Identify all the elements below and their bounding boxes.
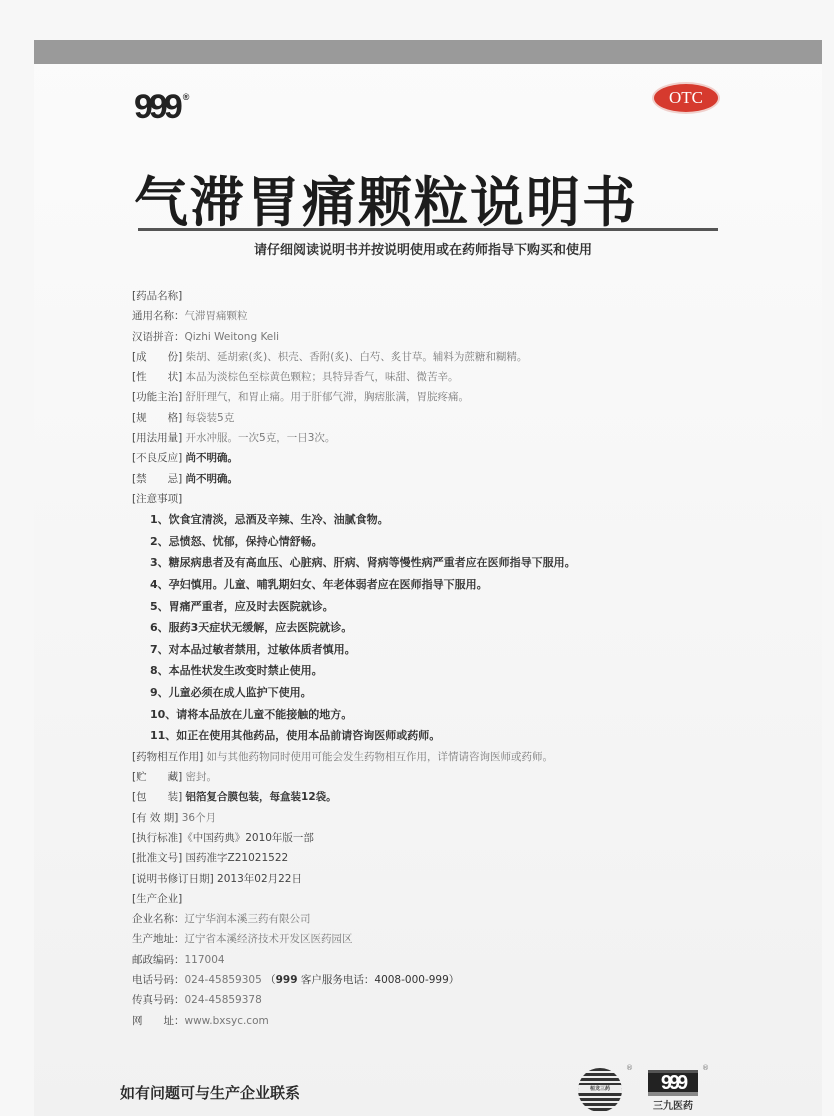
postcode-row: 邮政编码：117004 — [132, 950, 812, 970]
logo-999-subtitle: 三九医药 — [648, 1097, 698, 1112]
field-label: 生产地址： — [132, 933, 185, 945]
registered-mark: ® — [702, 1064, 709, 1072]
field-value: 辽宁华润本溪三药有限公司 — [185, 913, 311, 925]
field-value: 气滞胃痛颗粒 — [185, 310, 248, 322]
field-value: Qizhi Weitong Keli — [185, 331, 280, 343]
fax-row: 传真号码：024-45859378 — [132, 990, 812, 1010]
field-value: 2013年02月22日 — [217, 873, 302, 885]
field-value: 117004 — [185, 954, 225, 966]
precautions-header: [注意事项] — [132, 489, 812, 509]
section-label: [禁 忌] — [132, 473, 182, 485]
validity-row: [有 效 期] 36个月 — [132, 808, 812, 828]
list-item: 7、对本品过敏者禁用，过敏体质者慎用。 — [150, 639, 812, 661]
list-item: 9、儿童必须在成人监护下使用。 — [150, 682, 812, 704]
list-item: 1、饮食宜清淡，忌酒及辛辣、生冷、油腻食物。 — [150, 509, 812, 531]
field-value: 密封。 — [186, 771, 218, 783]
section-label: [贮 藏] — [132, 771, 182, 783]
standard-row: [执行标准]《中国药典》2010年版一部 — [132, 828, 812, 848]
website-link[interactable]: www.bxsyc.com — [185, 1015, 269, 1027]
list-item: 8、本品性状发生改变时禁止使用。 — [150, 660, 812, 682]
list-item: 5、胃痛严重者，应及时去医院就诊。 — [150, 596, 812, 618]
field-value: 024-45859305 — [185, 974, 262, 986]
field-value: 尚不明确。 — [186, 452, 239, 464]
section-label: [有 效 期] — [132, 812, 178, 824]
title-divider — [138, 228, 718, 231]
field-value: 如与其他药物同时使用可能会发生药物相互作用，详情请咨询医师或药师。 — [207, 751, 554, 763]
revision-row: [说明书修订日期] 2013年02月22日 — [132, 869, 812, 889]
leaflet-body: [药品名称] 通用名称：气滞胃痛颗粒 汉语拼音：Qizhi Weitong Ke… — [132, 286, 812, 1031]
website-row: 网 址：www.bxsyc.com — [132, 1011, 812, 1031]
section-label: [性 状] — [132, 371, 182, 383]
manufacturer-header: [生产企业] — [132, 889, 812, 909]
section-label: [规 格] — [132, 412, 182, 424]
field-value: 国药准字Z21021522 — [186, 852, 289, 864]
top-gray-band — [34, 40, 822, 64]
packaging-row: [包 装] 铝箔复合膜包装，每盒装12袋。 — [132, 787, 812, 807]
precautions-list: 1、饮食宜清淡，忌酒及辛辣、生冷、油腻食物。 2、忌愤怒、忧郁，保持心情舒畅。 … — [132, 509, 812, 747]
field-label: 客户服务电话： — [301, 974, 375, 986]
section-label: [执行标准] — [132, 832, 182, 844]
interactions-row: [药物相互作用] 如与其他药物同时使用可能会发生药物相互作用，详情请咨询医师或药… — [132, 747, 812, 767]
section-label: [成 份] — [132, 351, 182, 363]
otc-badge: OTC — [652, 82, 720, 114]
field-value: 开水冲服。一次5克，一日3次。 — [186, 432, 336, 444]
logo-999-icon: 999 — [648, 1070, 698, 1096]
pinyin-row: 汉语拼音：Qizhi Weitong Keli — [132, 327, 812, 347]
list-item: 3、糖尿病患者及有高血压、心脏病、肝病、肾病等慢性病严重者应在医师指导下服用。 — [150, 552, 812, 574]
field-label: 邮政编码： — [132, 954, 185, 966]
contraindications-row: [禁 忌] 尚不明确。 — [132, 469, 812, 489]
spec-row: [规 格] 每袋装5克 — [132, 408, 812, 428]
section-label: [药品名称] — [132, 290, 182, 302]
field-value: 024-45859378 — [185, 994, 262, 1006]
field-value: 柴胡、延胡索(炙)、枳壳、香附(炙)、白芍、炙甘草。辅料为蔗糖和糊精。 — [186, 351, 528, 363]
section-label: [注意事项] — [132, 493, 182, 505]
phone-row: 电话号码：024-45859305 （999 客户服务电话：4008-000-9… — [132, 970, 812, 990]
section-label: [不良反应] — [132, 452, 182, 464]
list-item: 6、服药3天症状无缓解，应去医院就诊。 — [150, 617, 812, 639]
section-label: [用法用量] — [132, 432, 182, 444]
contact-note: 如有问题可与生产企业联系 — [120, 1082, 300, 1103]
dosage-row: [用法用量] 开水冲服。一次5克，一日3次。 — [132, 428, 812, 448]
manufacturer-address-row: 生产地址：辽宁省本溪经济技术开发区医药园区 — [132, 929, 812, 949]
brand-text: 999 — [134, 88, 179, 126]
field-value: 本品为淡棕色至棕黄色颗粒；具特异香气，味甜、微苦辛。 — [186, 371, 459, 383]
service-brand: 999 — [276, 974, 298, 986]
list-item: 10、请将本品放在儿童不能接触的地方。 — [150, 704, 812, 726]
ingredients-row: [成 份] 柴胡、延胡索(炙)、枳壳、香附(炙)、白芍、炙甘草。辅料为蔗糖和糊精… — [132, 347, 812, 367]
registered-mark: ® — [626, 1064, 633, 1072]
field-label: 电话号码： — [132, 974, 185, 986]
document-title: 气滞胃痛颗粒说明书 — [134, 160, 734, 237]
company-logo-sun-icon: 桓龙三药 — [578, 1068, 622, 1112]
field-value: 每袋装5克 — [186, 412, 235, 424]
field-value: 《中国药典》2010年版一部 — [182, 832, 314, 844]
section-label: [批准文号] — [132, 852, 182, 864]
field-label: 网 址： — [132, 1015, 185, 1027]
field-label: 传真号码： — [132, 994, 185, 1006]
document-subtitle: 请仔细阅读说明书并按说明使用或在药师指导下购买和使用 — [0, 239, 834, 258]
section-label: [包 装] — [132, 791, 182, 803]
field-value: 舒肝理气，和胃止痛。用于肝郁气滞，胸痞胀满，胃脘疼痛。 — [186, 391, 470, 403]
drug-name-header: [药品名称] — [132, 286, 812, 306]
section-label: [说明书修订日期] — [132, 873, 214, 885]
field-label: 通用名称： — [132, 310, 185, 322]
section-label: [药物相互作用] — [132, 751, 203, 763]
field-label: 企业名称： — [132, 913, 185, 925]
approval-row: [批准文号] 国药准字Z21021522 — [132, 848, 812, 868]
field-value: 辽宁省本溪经济技术开发区医药园区 — [185, 933, 353, 945]
field-label: 汉语拼音： — [132, 331, 185, 343]
list-item: 2、忌愤怒、忧郁，保持心情舒畅。 — [150, 531, 812, 553]
registered-mark: ® — [183, 92, 190, 102]
list-item: 11、如正在使用其他药品，使用本品前请咨询医师或药师。 — [150, 725, 812, 747]
list-item: 4、孕妇慎用。儿童、哺乳期妇女、年老体弱者应在医师指导下服用。 — [150, 574, 812, 596]
field-value: 尚不明确。 — [186, 473, 239, 485]
adverse-row: [不良反应] 尚不明确。 — [132, 448, 812, 468]
section-label: [生产企业] — [132, 893, 182, 905]
brand-logo-999: 999® — [134, 88, 185, 127]
storage-row: [贮 藏] 密封。 — [132, 767, 812, 787]
logo-text: 桓龙三药 — [578, 1085, 622, 1093]
properties-row: [性 状] 本品为淡棕色至棕黄色颗粒；具特异香气，味甜、微苦辛。 — [132, 367, 812, 387]
indications-row: [功能主治] 舒肝理气，和胃止痛。用于肝郁气滞，胸痞胀满，胃脘疼痛。 — [132, 387, 812, 407]
manufacturer-name-row: 企业名称：辽宁华润本溪三药有限公司 — [132, 909, 812, 929]
section-label: [功能主治] — [132, 391, 182, 403]
generic-name-row: 通用名称：气滞胃痛颗粒 — [132, 306, 812, 326]
field-value: 36个月 — [182, 812, 216, 824]
field-value: 铝箔复合膜包装，每盒装12袋。 — [186, 791, 337, 803]
field-value: 4008-000-999 — [374, 974, 448, 986]
